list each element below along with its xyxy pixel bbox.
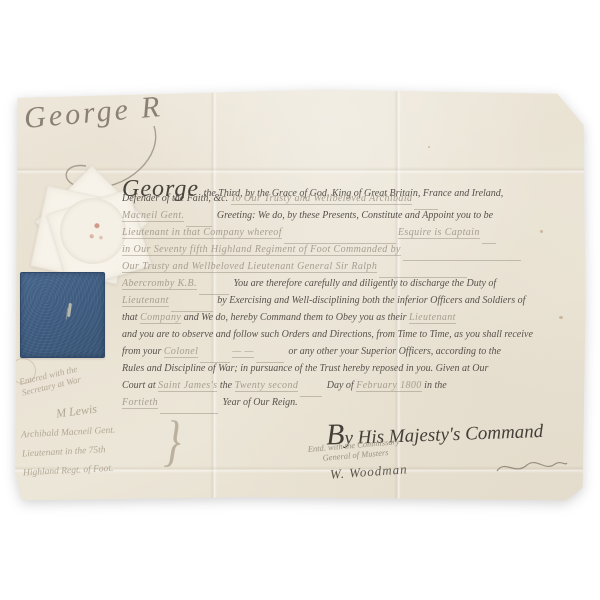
printed-text: from your [122,346,164,357]
commission-line: Macneil Gent. Greeting: We do, by these … [122,210,574,227]
printed-text: that [122,312,140,323]
printed-text: Day of [324,380,356,391]
ruled-blank [403,249,521,261]
handwritten-text: Abercromby K.B. [122,278,197,290]
parchment-document: George R George the Third, by the Grace … [14,88,586,502]
printed-text: or any other your Superior Officers, acc… [286,346,501,357]
musters-clerk-signature: W. Woodman [330,461,409,482]
commission-line: in Our Seventy fifth Highland Regiment o… [122,244,574,261]
printed-text: and We do, hereby Command them to Obey y… [181,312,409,323]
foxing-spot [559,316,563,319]
seal-embossed-center [60,198,126,264]
handwritten-text: Twenty second [235,380,299,392]
printed-text: Court at [122,380,158,391]
commission-line: Abercromby K.B. You are therefore carefu… [122,278,574,295]
docket-brace: } [163,409,181,475]
commission-text-block: George the Third, by the Grace of God, K… [122,176,574,414]
ruled-blank [482,232,496,244]
foxing-spot [540,230,543,233]
ruled-blank [379,266,467,278]
commission-line: Our Trusty and Wellbeloved Lieutenant Ge… [122,261,574,278]
handwritten-text: Esquire is Captain [398,227,480,239]
commission-line: Defender of the Faith, &c. To Our Trusty… [122,193,574,210]
handwritten-text: Our Trusty and Wellbeloved Lieutenant Ge… [122,261,377,273]
ruled-blank [186,215,212,227]
commission-line: Lieutenant by Exercising and Well-discip… [122,295,574,312]
handwritten-text: Lieutenant in that Company whereof [122,227,282,239]
stamp-emboss-mark [67,303,72,317]
ruled-blank [199,283,229,295]
printed-text: You are therefore carefully and diligent… [231,278,496,289]
ruled-blank [200,351,230,363]
handwritten-text: Colonel [164,346,198,358]
countersignature-mark [495,456,569,478]
handwritten-text: Lieutenant [409,312,456,324]
commission-line: Court at Saint James's the Twenty second… [122,380,574,397]
docket-line: Highland Regt. of Foot. [23,460,118,484]
ruled-blank [300,385,322,397]
printed-text: Rules and Discipline of War; in pursuanc… [122,363,488,374]
handwritten-text: Company [140,312,181,324]
docket-description: Archibald Macneil Gent. Lieutenant in th… [21,422,118,484]
printed-text: the [217,380,234,391]
commission-line: and you are to observe and follow such O… [122,329,574,346]
ruled-blank [256,351,284,363]
ruled-blank [414,198,438,210]
commission-line: Lieutenant in that Company whereofEsquir… [122,227,574,244]
handwritten-text: Lieutenant [122,295,169,307]
handwritten-text: 1800 [397,380,422,392]
parchment-wrap: George R George the Third, by the Grace … [14,88,586,502]
printed-text: Greeting: We do, by these Presents, Cons… [214,210,493,221]
printed-text: by Exercising and Well-disciplining both… [215,295,526,306]
printed-text: and you are to observe and follow such O… [122,329,533,340]
musters-entry-note: Entd. with the Commissary General of Mus… [307,436,400,464]
handwritten-text: Fortieth [122,397,158,409]
printed-text: in the [422,380,447,391]
handwritten-text: Saint James's [158,380,217,392]
commission-line: that Company and We do, hereby Command t… [122,312,574,329]
blue-revenue-stamp [20,272,105,358]
commission-line: from your Colonel— — or any other your S… [122,346,574,363]
printed-text: Defender of the Faith, &c. [122,193,231,204]
commission-line: George the Third, by the Grace of God, K… [122,176,574,193]
handwritten-text: — — [232,346,253,358]
ruled-blank [171,300,213,312]
ruled-blank [284,232,396,244]
printed-text: Year of Our Reign. [220,397,298,408]
handwritten-text: Macneil Gent. [122,210,184,222]
foxing-spot [428,146,430,148]
war-office-clerk-signature: M Lewis [55,402,98,422]
handwritten-text: To Our Trusty and Wellbeloved Archibald [231,193,413,205]
handwritten-text: in Our Seventy fifth Highland Regiment o… [122,244,401,256]
handwritten-text: February [356,380,397,392]
commission-line: Rules and Discipline of War; in pursuanc… [122,363,574,380]
photo-background: George R George the Third, by the Grace … [0,0,600,600]
